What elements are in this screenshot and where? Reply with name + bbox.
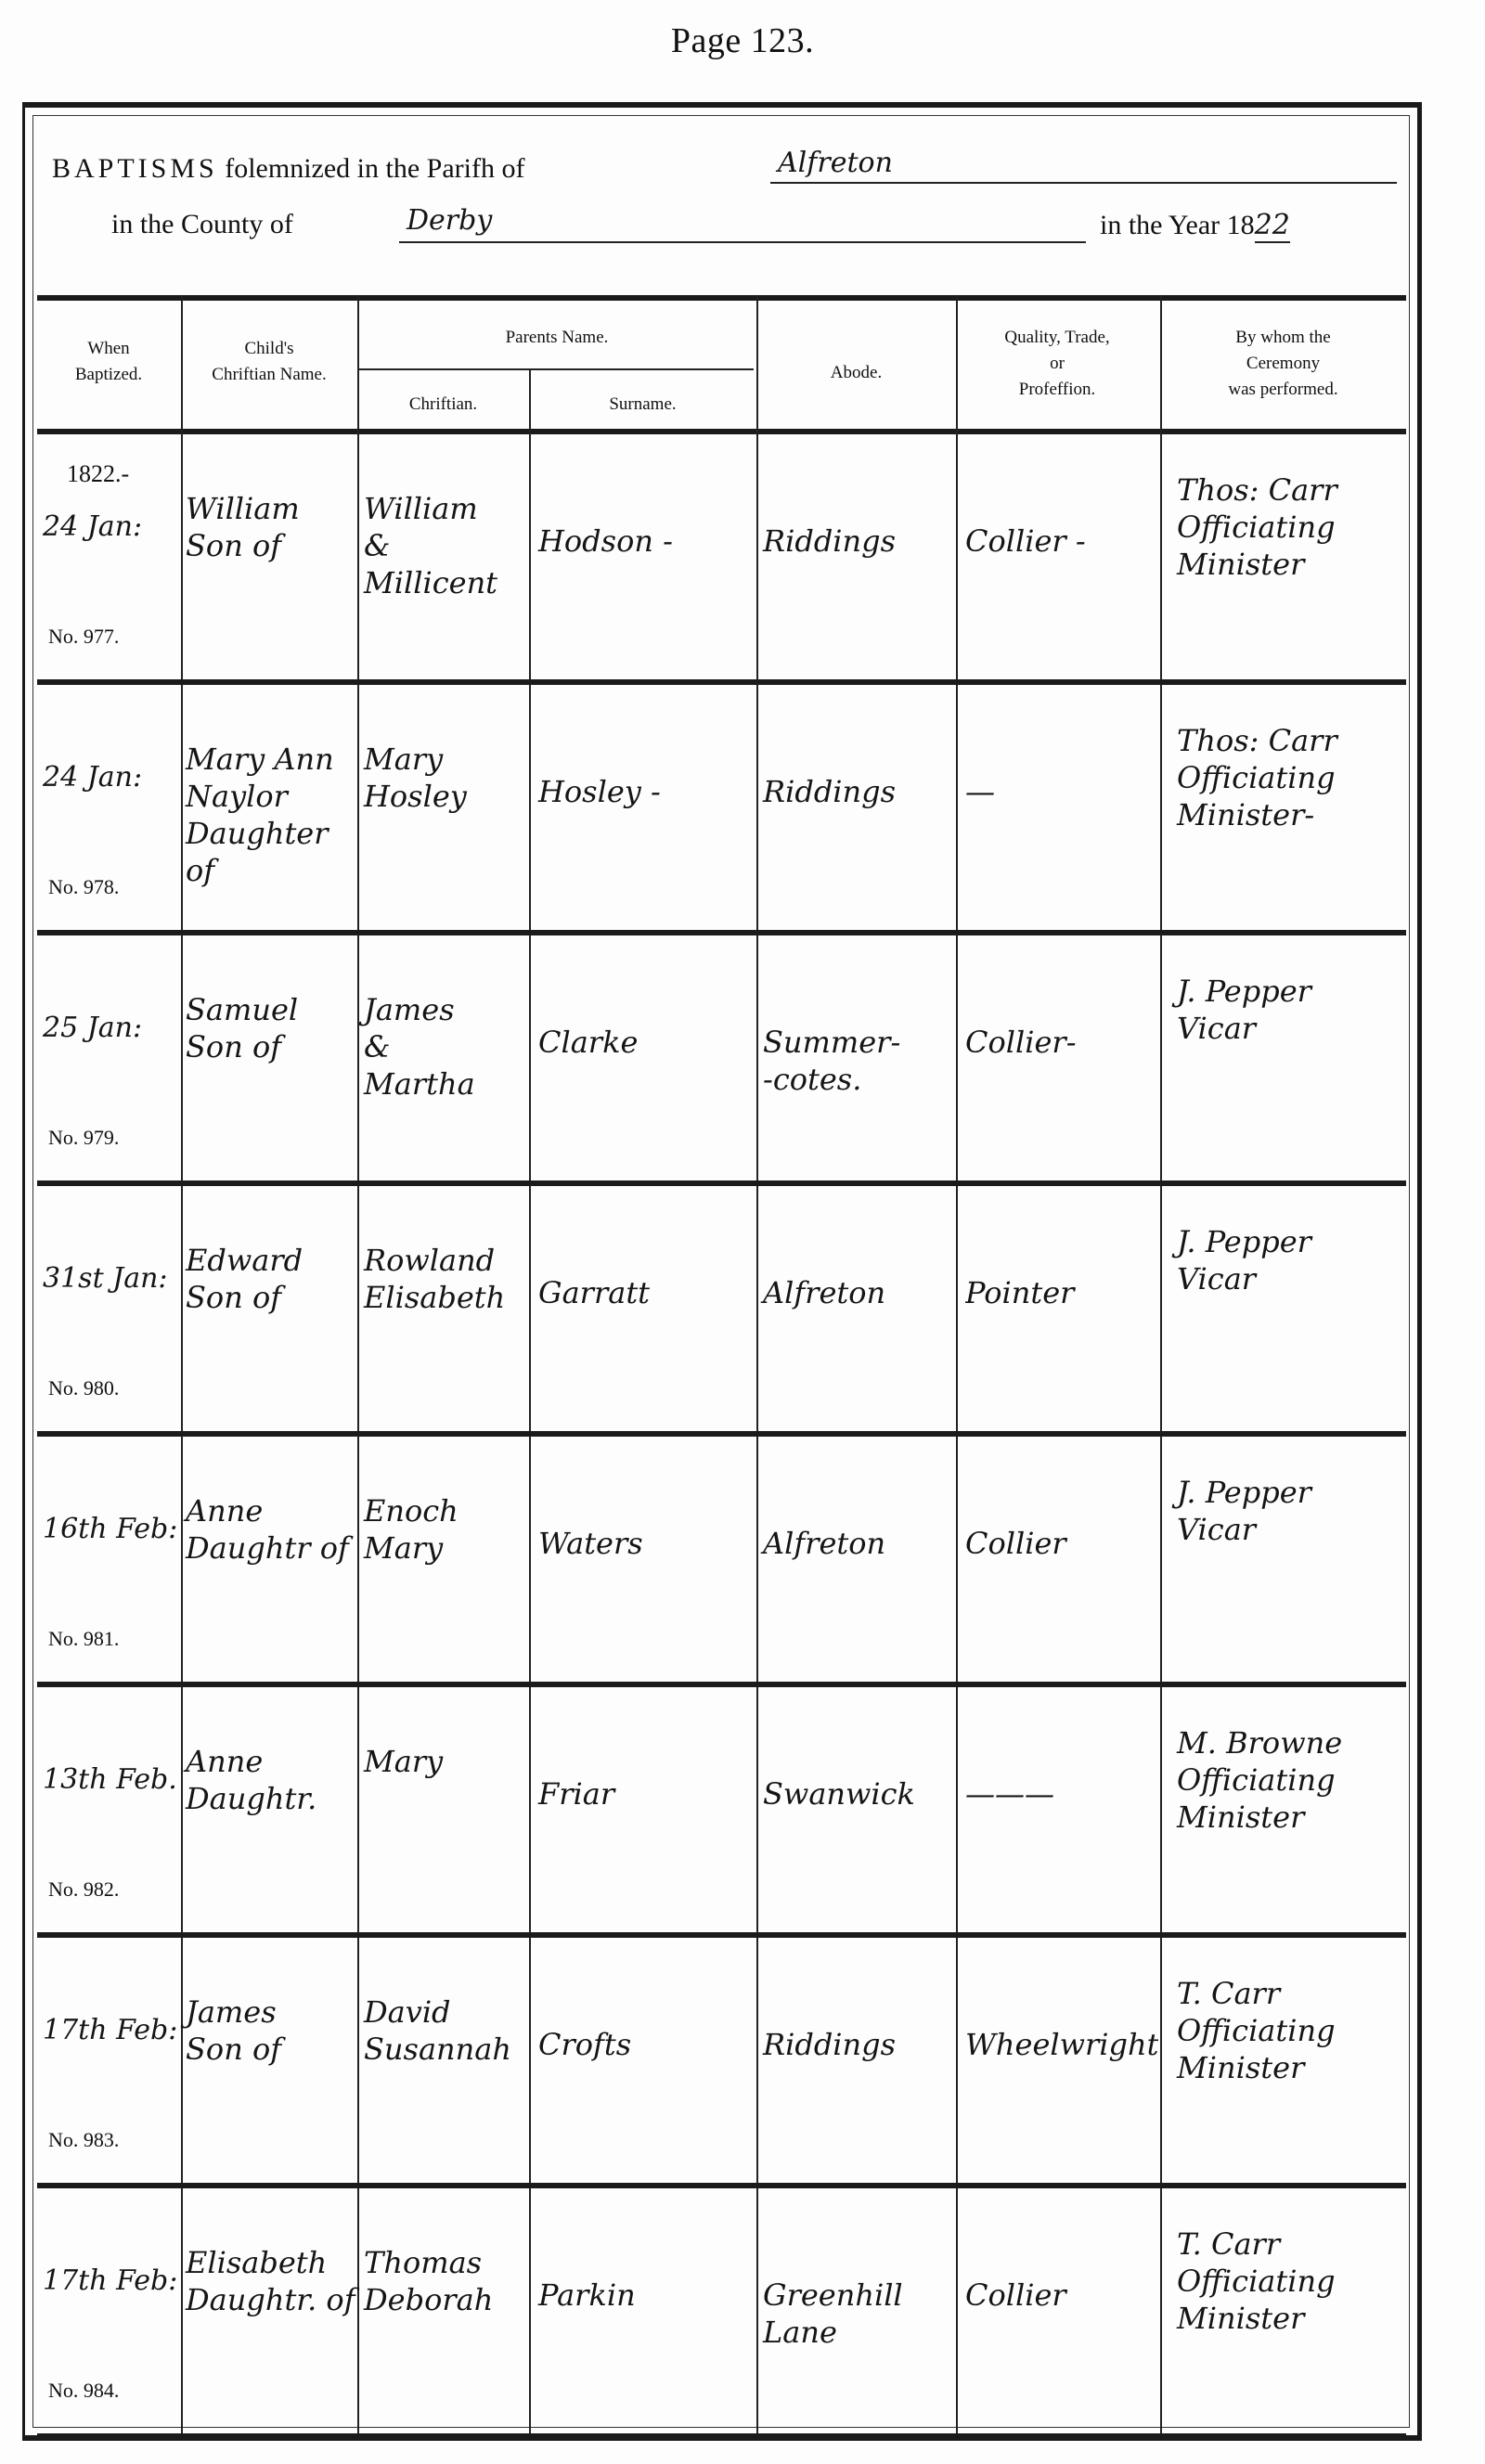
- minister: Thos: CarrOfficiatingMinister-: [1177, 722, 1404, 833]
- child-name-line: Anne: [186, 1492, 357, 1529]
- abode-line: Greenhill: [763, 2277, 956, 2314]
- parents-christian: EnochMary: [364, 1492, 531, 1567]
- parents-surname: Clarke: [538, 1024, 754, 1061]
- col-by-whom: By whom the Ceremony was performed.: [1160, 325, 1406, 403]
- baptism-date: 16th Feb:: [43, 1511, 180, 1548]
- parents-christian-line: Rowland: [364, 1242, 531, 1279]
- child-name-line: Son of: [186, 1028, 357, 1065]
- child-name-line: Son of: [186, 1279, 357, 1316]
- parents-surname: Garratt: [538, 1274, 754, 1311]
- minister-line: J. Pepper: [1177, 973, 1404, 1010]
- abode-line: Riddings: [763, 2026, 956, 2063]
- minister-line: J. Pepper: [1177, 1474, 1404, 1511]
- entry-number: No. 983.: [48, 2128, 119, 2152]
- title-rest: folemnized in the Parifh of: [225, 153, 524, 184]
- abode: Riddings: [763, 773, 956, 810]
- abode: Alfreton: [763, 1525, 956, 1562]
- abode-line: Alfreton: [763, 1525, 956, 1562]
- row-rule: [37, 2183, 1406, 2188]
- baptism-date: 17th Feb:: [43, 2012, 180, 2049]
- page-number: Page 123.: [0, 20, 1485, 61]
- child-name: ElisabethDaughtr. of: [186, 2244, 357, 2318]
- minister-line: Vicar: [1177, 1511, 1404, 1548]
- parents-surname: Crofts: [538, 2026, 754, 2063]
- col-child: Child's Chriftian Name.: [183, 336, 355, 388]
- minister-line: Minister: [1177, 2049, 1404, 2086]
- child-name-line: James: [186, 1993, 357, 2031]
- entry-number: No. 978.: [48, 875, 119, 899]
- child-name: Mary AnnNaylorDaughter of: [186, 741, 357, 889]
- parents-christian: Mary: [364, 1743, 531, 1780]
- row-rule: [37, 2433, 1406, 2439]
- entry-number: No. 984.: [48, 2379, 119, 2403]
- quality-trade: —: [965, 773, 1158, 810]
- col-by-whom-line2: Ceremony: [1160, 351, 1406, 377]
- parents-christian: DavidSusannah: [364, 1993, 531, 2068]
- minister: J. PepperVicar: [1177, 973, 1404, 1047]
- minister: M. BrowneOfficiatingMinister: [1177, 1724, 1404, 1836]
- parents-christian-line: Thomas: [364, 2244, 531, 2281]
- child-name-line: Daughtr.: [186, 1780, 357, 1817]
- col-when: When Baptized.: [39, 336, 178, 388]
- parents-christian: MaryHosley: [364, 741, 531, 815]
- column-rule: [956, 295, 958, 2439]
- form-title: BAPTISMS folemnized in the Parifh of: [52, 153, 524, 185]
- child-name-line: Daughtr. of: [186, 2281, 357, 2318]
- row-rule: [37, 1431, 1406, 1437]
- col-by-whom-line1: By whom the: [1160, 325, 1406, 351]
- child-name-line: Mary Ann: [186, 741, 357, 778]
- abode: Riddings: [763, 2026, 956, 2063]
- quality-trade: Pointer: [965, 1274, 1158, 1311]
- quality-trade: Collier-: [965, 1024, 1158, 1061]
- child-name-line: Son of: [186, 2031, 357, 2068]
- parents-christian: James&Martha: [364, 991, 531, 1103]
- minister-line: Thos: Carr: [1177, 471, 1404, 509]
- baptism-date: 25 Jan:: [43, 1010, 180, 1047]
- entry-number: No. 977.: [48, 625, 119, 649]
- minister-line: Vicar: [1177, 1260, 1404, 1297]
- col-when-line1: When: [39, 336, 178, 362]
- minister-line: J. Pepper: [1177, 1223, 1404, 1260]
- abode-line: Summer-: [763, 1024, 956, 1061]
- col-child-line1: Child's: [183, 336, 355, 362]
- parents-christian-line: Mary: [364, 1743, 531, 1780]
- minister-line: Minister: [1177, 546, 1404, 583]
- row-rule: [37, 679, 1406, 685]
- col-surname: Surname.: [529, 392, 756, 418]
- child-name: AnneDaughtr of: [186, 1492, 357, 1567]
- parents-christian-line: James: [364, 991, 531, 1028]
- parents-christian-line: Mary: [364, 741, 531, 778]
- county-field: Derby: [399, 204, 1086, 243]
- quality-trade: ———: [965, 1775, 1158, 1813]
- col-christian: Chriftian.: [357, 392, 529, 418]
- minister-line: Minister: [1177, 1799, 1404, 1836]
- parents-surname: Parkin: [538, 2277, 754, 2314]
- abode: Riddings: [763, 522, 956, 560]
- quality-trade: Wheelwright: [965, 2026, 1158, 2063]
- col-parents: Parents Name.: [357, 325, 756, 351]
- parents-divider: [359, 368, 754, 370]
- column-rule: [756, 295, 758, 2439]
- abode-line: Riddings: [763, 773, 956, 810]
- parents-christian-line: David: [364, 1993, 531, 2031]
- child-name-line: Samuel: [186, 991, 357, 1028]
- parents-christian: ThomasDeborah: [364, 2244, 531, 2318]
- minister-line: M. Browne: [1177, 1724, 1404, 1761]
- baptism-date: 24 Jan:: [43, 509, 180, 546]
- parents-christian-line: Mary: [364, 1529, 531, 1567]
- child-name-line: Naylor: [186, 778, 357, 815]
- row-rule: [37, 930, 1406, 935]
- child-name-line: William: [186, 490, 357, 527]
- parents-christian-line: &: [364, 1028, 531, 1065]
- child-name-line: Daughter of: [186, 815, 357, 889]
- baptism-date: 17th Feb:: [43, 2263, 180, 2300]
- minister-line: Officiating: [1177, 2263, 1404, 2300]
- minister-line: Minister: [1177, 2300, 1404, 2337]
- entry-number: No. 981.: [48, 1627, 119, 1651]
- child-name-line: Daughtr of: [186, 1529, 357, 1567]
- child-name-line: Elisabeth: [186, 2244, 357, 2281]
- parents-christian-line: Martha: [364, 1065, 531, 1103]
- parents-surname: Hodson -: [538, 522, 754, 560]
- minister-line: Minister-: [1177, 796, 1404, 833]
- minister: T. CarrOfficiatingMinister: [1177, 1975, 1404, 2086]
- child-name-line: Anne: [186, 1743, 357, 1780]
- col-child-line2: Chriftian Name.: [183, 362, 355, 388]
- minister: Thos: CarrOfficiatingMinister: [1177, 471, 1404, 583]
- minister: J. PepperVicar: [1177, 1223, 1404, 1297]
- header-bottom-rule: [37, 429, 1406, 434]
- abode-line: Alfreton: [763, 1274, 956, 1311]
- child-name: EdwardSon of: [186, 1242, 357, 1316]
- minister-line: Officiating: [1177, 509, 1404, 546]
- minister: J. PepperVicar: [1177, 1474, 1404, 1548]
- col-quality: Quality, Trade, or Profeffion.: [956, 325, 1158, 403]
- parents-christian-line: William: [364, 490, 531, 527]
- year-prefix: in the Year 18: [1100, 210, 1255, 240]
- quality-trade: Collier -: [965, 522, 1158, 560]
- minister-line: Thos: Carr: [1177, 722, 1404, 759]
- column-rule: [357, 295, 359, 2439]
- quality-trade: Collier: [965, 1525, 1158, 1562]
- column-rule: [1160, 295, 1162, 2439]
- parents-christian-line: Elisabeth: [364, 1279, 531, 1316]
- parents-christian-line: Millicent: [364, 564, 531, 601]
- baptism-date: 31st Jan:: [43, 1260, 180, 1297]
- col-quality-line1: Quality, Trade,: [956, 325, 1158, 351]
- minister-line: T. Carr: [1177, 1975, 1404, 2012]
- minister: T. CarrOfficiatingMinister: [1177, 2225, 1404, 2337]
- col-by-whom-line3: was performed.: [1160, 377, 1406, 403]
- col-quality-line2: or: [956, 351, 1158, 377]
- parents-christian: William&Millicent: [364, 490, 531, 601]
- child-name: JamesSon of: [186, 1993, 357, 2068]
- col-abode: Abode.: [756, 360, 956, 386]
- parents-surname: Waters: [538, 1525, 754, 1562]
- baptism-date: 24 Jan:: [43, 759, 180, 796]
- quality-trade: Collier: [965, 2277, 1158, 2314]
- parents-christian-line: Hosley: [364, 778, 531, 815]
- column-rule: [181, 295, 183, 2439]
- entry-number: No. 979.: [48, 1126, 119, 1150]
- abode: Alfreton: [763, 1274, 956, 1311]
- abode-line: Swanwick: [763, 1775, 956, 1813]
- entry-number: No. 980.: [48, 1376, 119, 1400]
- child-name-line: Edward: [186, 1242, 357, 1279]
- minister-line: T. Carr: [1177, 2225, 1404, 2263]
- parish-field: Alfreton: [770, 147, 1397, 184]
- parents-christian-line: Enoch: [364, 1492, 531, 1529]
- abode-line: Riddings: [763, 522, 956, 560]
- parents-surname: Friar: [538, 1775, 754, 1813]
- minister-line: Vicar: [1177, 1010, 1404, 1047]
- title-caps: BAPTISMS: [52, 153, 218, 184]
- minister-line: Officiating: [1177, 759, 1404, 796]
- parents-christian-line: &: [364, 527, 531, 564]
- entry-year: 1822.-: [67, 460, 129, 488]
- child-name: SamuelSon of: [186, 991, 357, 1065]
- year-field: 22: [1255, 209, 1290, 243]
- parents-christian: RowlandElisabeth: [364, 1242, 531, 1316]
- minister-line: Officiating: [1177, 1761, 1404, 1799]
- abode-line: -cotes.: [763, 1061, 956, 1098]
- child-name-line: Son of: [186, 527, 357, 564]
- abode: GreenhillLane: [763, 2277, 956, 2351]
- abode-line: Lane: [763, 2314, 956, 2351]
- parents-christian-line: Susannah: [364, 2031, 531, 2068]
- minister-line: Officiating: [1177, 2012, 1404, 2049]
- col-when-line2: Baptized.: [39, 362, 178, 388]
- row-rule: [37, 1180, 1406, 1186]
- child-name: WilliamSon of: [186, 490, 357, 564]
- baptism-date: 13th Feb.: [43, 1761, 180, 1799]
- col-quality-line3: Profeffion.: [956, 377, 1158, 403]
- row-rule: [37, 1932, 1406, 1938]
- year-label: in the Year 1822: [1100, 209, 1290, 241]
- entry-number: No. 982.: [48, 1877, 119, 1902]
- parents-christian-line: Deborah: [364, 2281, 531, 2318]
- county-label: in the County of: [111, 209, 293, 240]
- row-rule: [37, 1682, 1406, 1687]
- child-name: AnneDaughtr.: [186, 1743, 357, 1817]
- abode: Swanwick: [763, 1775, 956, 1813]
- header-top-rule: [37, 295, 1406, 301]
- abode: Summer--cotes.: [763, 1024, 956, 1098]
- parents-surname: Hosley -: [538, 773, 754, 810]
